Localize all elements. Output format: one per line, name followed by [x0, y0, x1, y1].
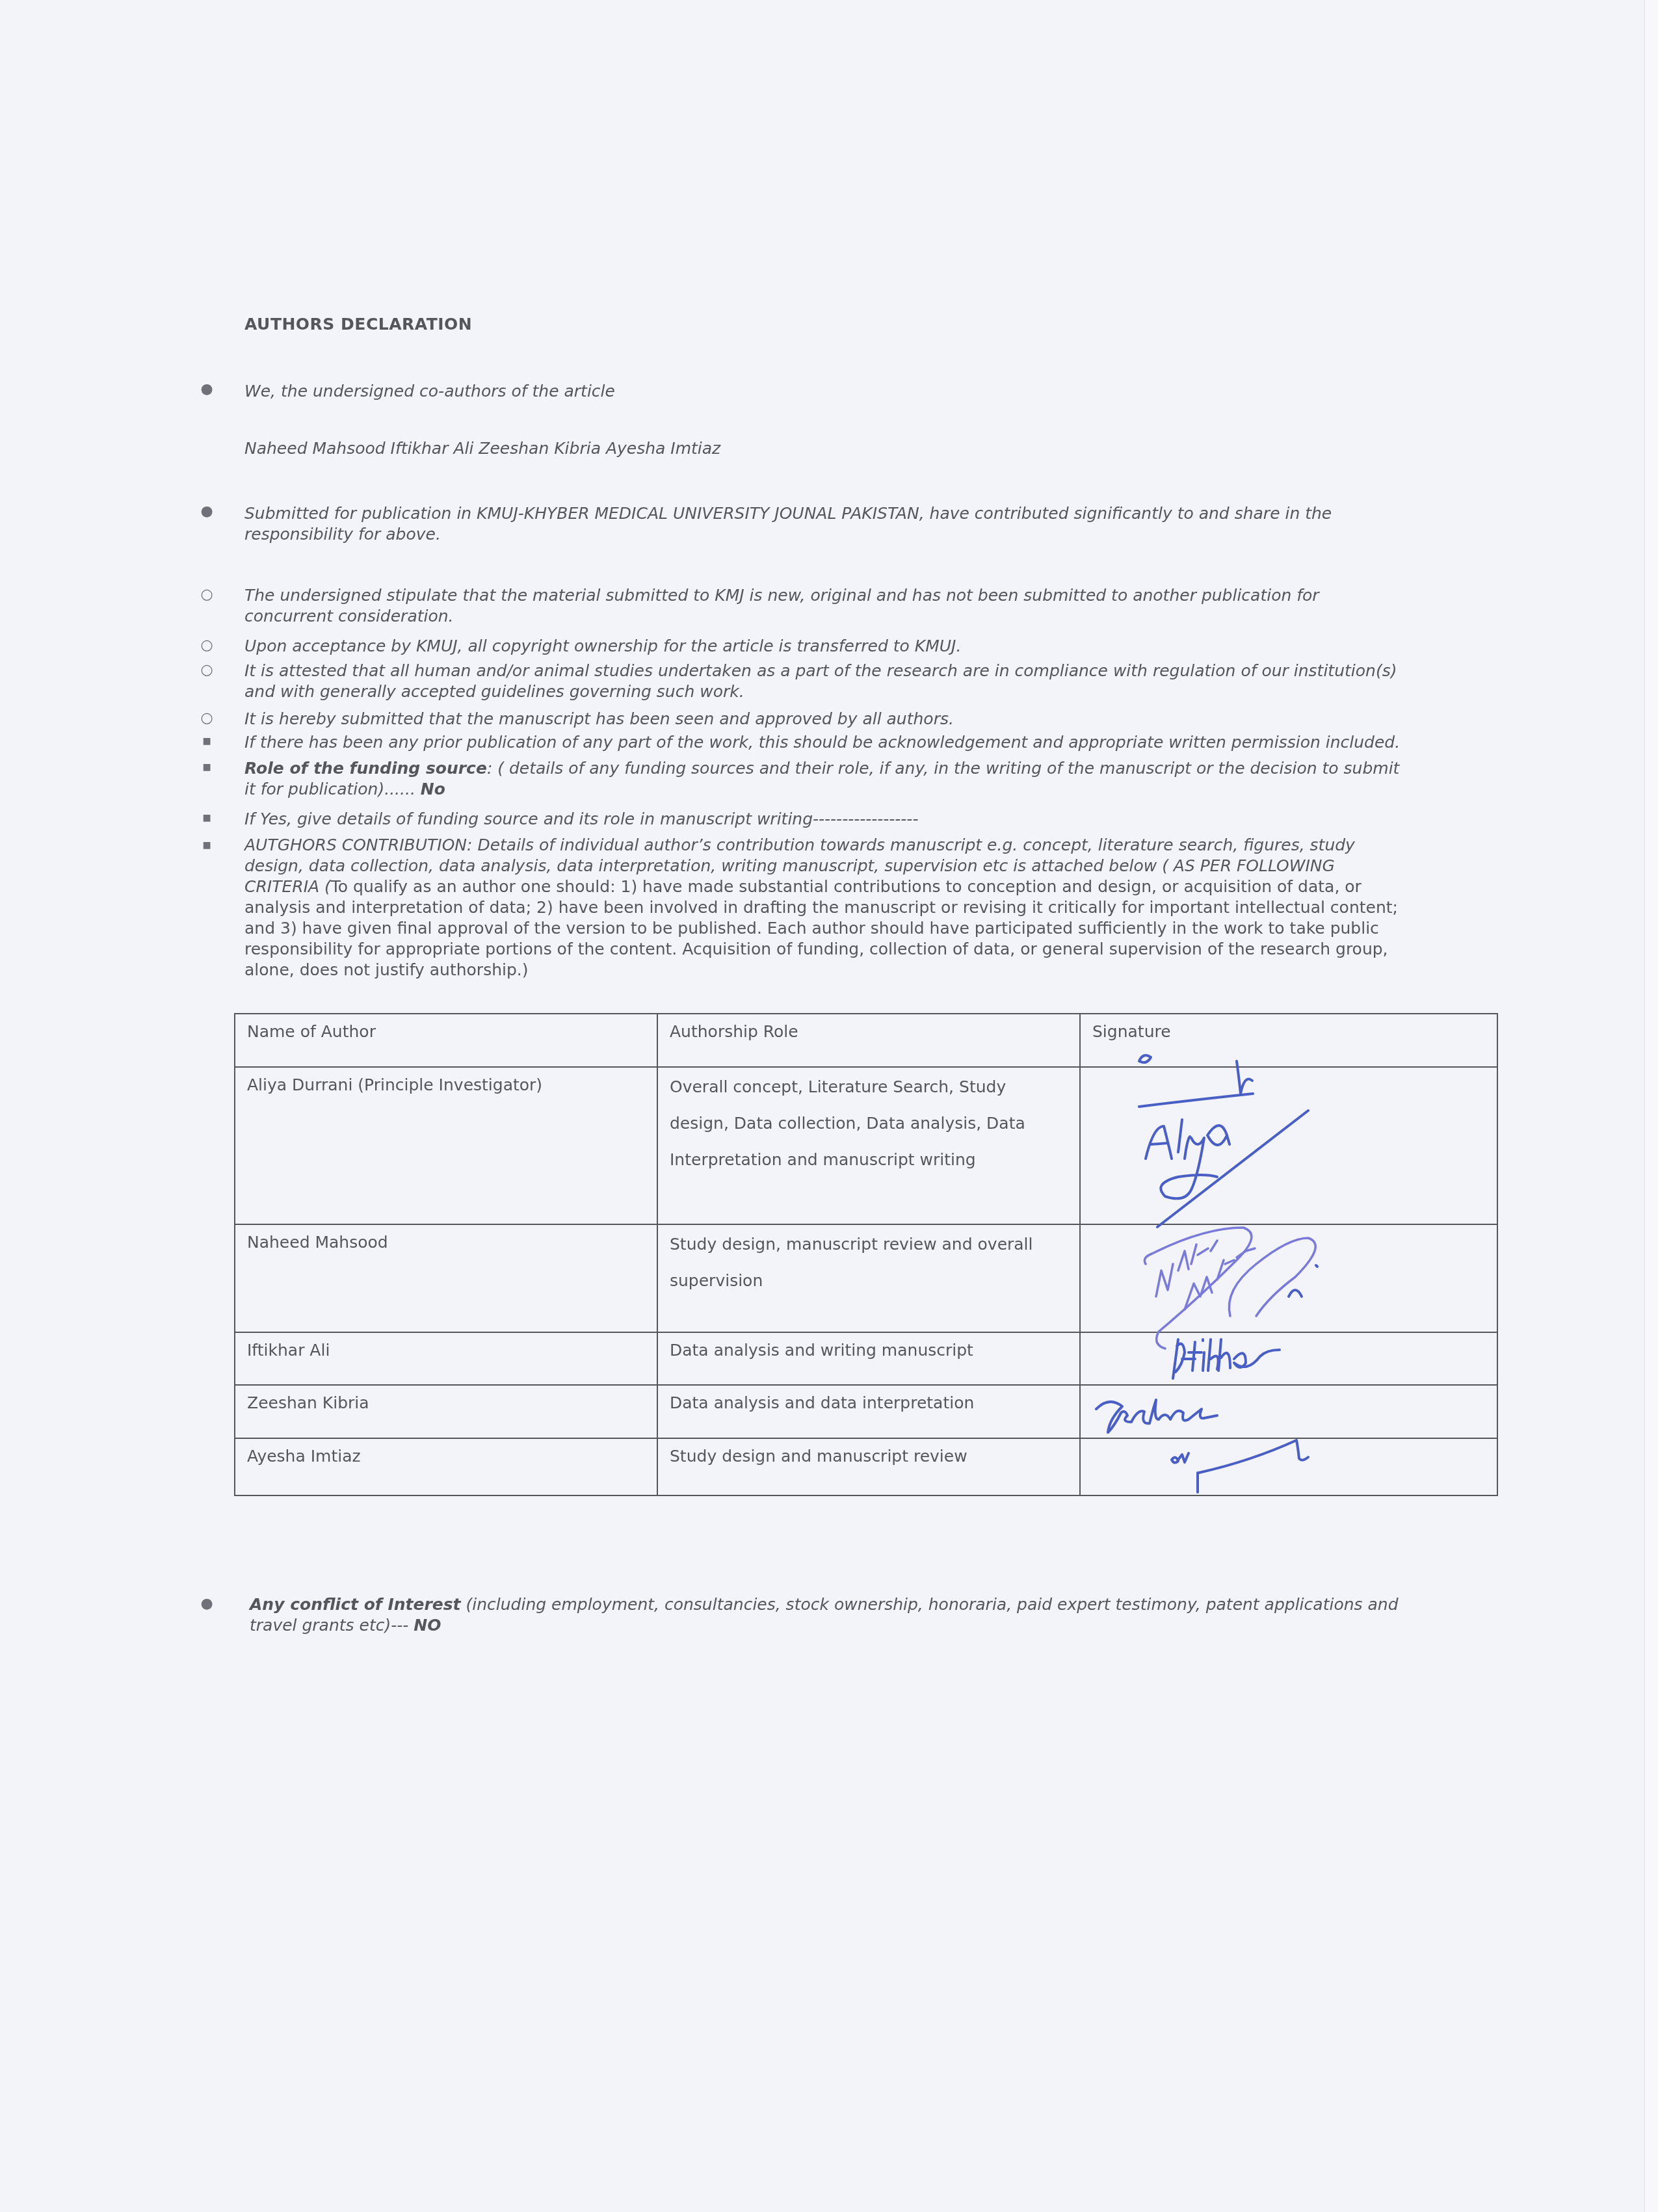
- header-authorship-role: Authorship Role: [657, 1014, 1080, 1067]
- contribution-line: alone, does not justify authorship.): [244, 960, 1493, 981]
- contribution-line: AUTGHORS CONTRIBUTION: Details of indivi…: [244, 835, 1493, 856]
- funding-details-line: If Yes, give details of funding source a…: [244, 809, 1493, 830]
- square-icon: ■: [200, 813, 213, 823]
- table-row: Iftikhar Ali Data analysis and writing m…: [235, 1332, 1497, 1385]
- document-title: AUTHORS DECLARATION: [244, 315, 472, 334]
- table-header-row: Name of Author Authorship Role Signature: [235, 1014, 1497, 1067]
- stipulation-prior-publication: If there has been any prior publication …: [244, 732, 1493, 753]
- stipulation-line: and with generally accepted guidelines g…: [244, 681, 1493, 702]
- signature-ayesha-icon: [1081, 1439, 1497, 1497]
- funding-answer: No: [421, 780, 445, 798]
- contribution-line: and 3) have given final approval of the …: [244, 918, 1493, 939]
- signature-cell: [1080, 1438, 1497, 1495]
- contribution-line: responsibility for appropriate portions …: [244, 939, 1493, 960]
- contribution-line: analysis and interpretation of data; 2) …: [244, 897, 1493, 918]
- role-line: Data analysis and data interpretation: [670, 1393, 974, 1412]
- funding-statement: Role of the funding source: ( details of…: [244, 758, 1493, 800]
- conflict-text-cont: travel grants etc)---: [250, 1616, 408, 1635]
- conflict-text: (including employment, consultancies, st…: [461, 1595, 1399, 1614]
- signature-iftikhar-icon: [1081, 1333, 1497, 1385]
- contribution-line: To qualify as an author one should: 1) h…: [331, 877, 1362, 896]
- funding-text-cont: it for publication)......: [244, 780, 415, 798]
- stipulation-line: concurrent consideration.: [244, 606, 1493, 627]
- square-icon: ■: [200, 840, 213, 850]
- stipulation-ethics: It is attested that all human and/or ani…: [244, 661, 1493, 702]
- author-name: Aliya Durrani (Principle Investigator): [235, 1067, 657, 1224]
- signature-cell: [1080, 1224, 1497, 1332]
- signature-zeeshan-icon: [1081, 1386, 1497, 1438]
- stipulation-line: It is attested that all human and/or ani…: [244, 661, 1493, 681]
- role-line: Data analysis and writing manuscript: [670, 1341, 973, 1360]
- conflict-answer: NO: [414, 1616, 441, 1635]
- submission-statement: Submitted for publication in KMUJ-KHYBER…: [244, 503, 1493, 545]
- table-row: Aliya Durrani (Principle Investigator) O…: [235, 1067, 1497, 1224]
- stipulation-new-original: The undersigned stipulate that the mater…: [244, 585, 1493, 627]
- role-line: Study design and manuscript review: [670, 1447, 967, 1466]
- square-icon: ■: [200, 736, 213, 746]
- square-icon: ■: [200, 762, 213, 772]
- stipulation-approved: It is hereby submitted that the manuscri…: [244, 709, 1493, 730]
- signature-aliya-icon: [1081, 1068, 1497, 1237]
- author-name: Iftikhar Ali: [235, 1332, 657, 1385]
- table-row: Naheed Mahsood Study design, manuscript …: [235, 1224, 1497, 1332]
- signature-cell: [1080, 1067, 1497, 1224]
- header-signature: Signature: [1080, 1014, 1497, 1067]
- signature-cell: [1080, 1332, 1497, 1385]
- header-name-of-author: Name of Author: [235, 1014, 657, 1067]
- author-name: Naheed Mahsood: [235, 1224, 657, 1332]
- bullet-dot-icon: ●: [200, 503, 213, 520]
- circle-icon: ○: [200, 662, 213, 678]
- conflict-label: Any conflict of Interest: [250, 1595, 461, 1614]
- author-name: Zeeshan Kibria: [235, 1385, 657, 1438]
- author-role: Study design and manuscript review: [657, 1438, 1080, 1495]
- table-row: Zeeshan Kibria Data analysis and data in…: [235, 1385, 1497, 1438]
- author-role: Data analysis and writing manuscript: [657, 1332, 1080, 1385]
- author-role: Data analysis and data interpretation: [657, 1385, 1080, 1438]
- contribution-line: design, data collection, data analysis, …: [244, 856, 1493, 876]
- funding-text: : ( details of any funding sources and t…: [487, 759, 1400, 778]
- stipulation-copyright: Upon acceptance by KMUJ, all copyright o…: [244, 636, 1493, 657]
- author-contribution-table: Name of Author Authorship Role Signature…: [234, 1013, 1498, 1496]
- contribution-criteria-label: CRITERIA (: [244, 877, 331, 896]
- table-row: Ayesha Imtiaz Study design and manuscrip…: [235, 1438, 1497, 1495]
- author-role: Study design, manuscript review and over…: [657, 1224, 1080, 1332]
- stipulation-line: The undersigned stipulate that the mater…: [244, 585, 1493, 606]
- signature-cell: [1080, 1385, 1497, 1438]
- author-role: Overall concept, Literature Search, Stud…: [657, 1067, 1080, 1224]
- circle-icon: ○: [200, 637, 213, 653]
- intro-text: We, the undersigned co-authors of the ar…: [244, 381, 1493, 402]
- submission-line-1: Submitted for publication in KMUJ-KHYBER…: [244, 503, 1493, 524]
- page-edge: [1644, 0, 1658, 2212]
- author-names-line: Naheed Mahsood Iftikhar Ali Zeeshan Kibr…: [244, 438, 1493, 459]
- submission-line-2: responsibility for above.: [244, 524, 1493, 545]
- bullet-dot-icon: ●: [200, 1596, 213, 1612]
- circle-icon: ○: [200, 586, 213, 603]
- circle-icon: ○: [200, 710, 213, 726]
- author-name: Ayesha Imtiaz: [235, 1438, 657, 1495]
- funding-label: Role of the funding source: [244, 759, 487, 778]
- authors-contribution-statement: AUTGHORS CONTRIBUTION: Details of indivi…: [244, 835, 1493, 981]
- conflict-of-interest-statement: Any conflict of Interest (including empl…: [250, 1594, 1498, 1636]
- bullet-dot-icon: ●: [200, 381, 213, 397]
